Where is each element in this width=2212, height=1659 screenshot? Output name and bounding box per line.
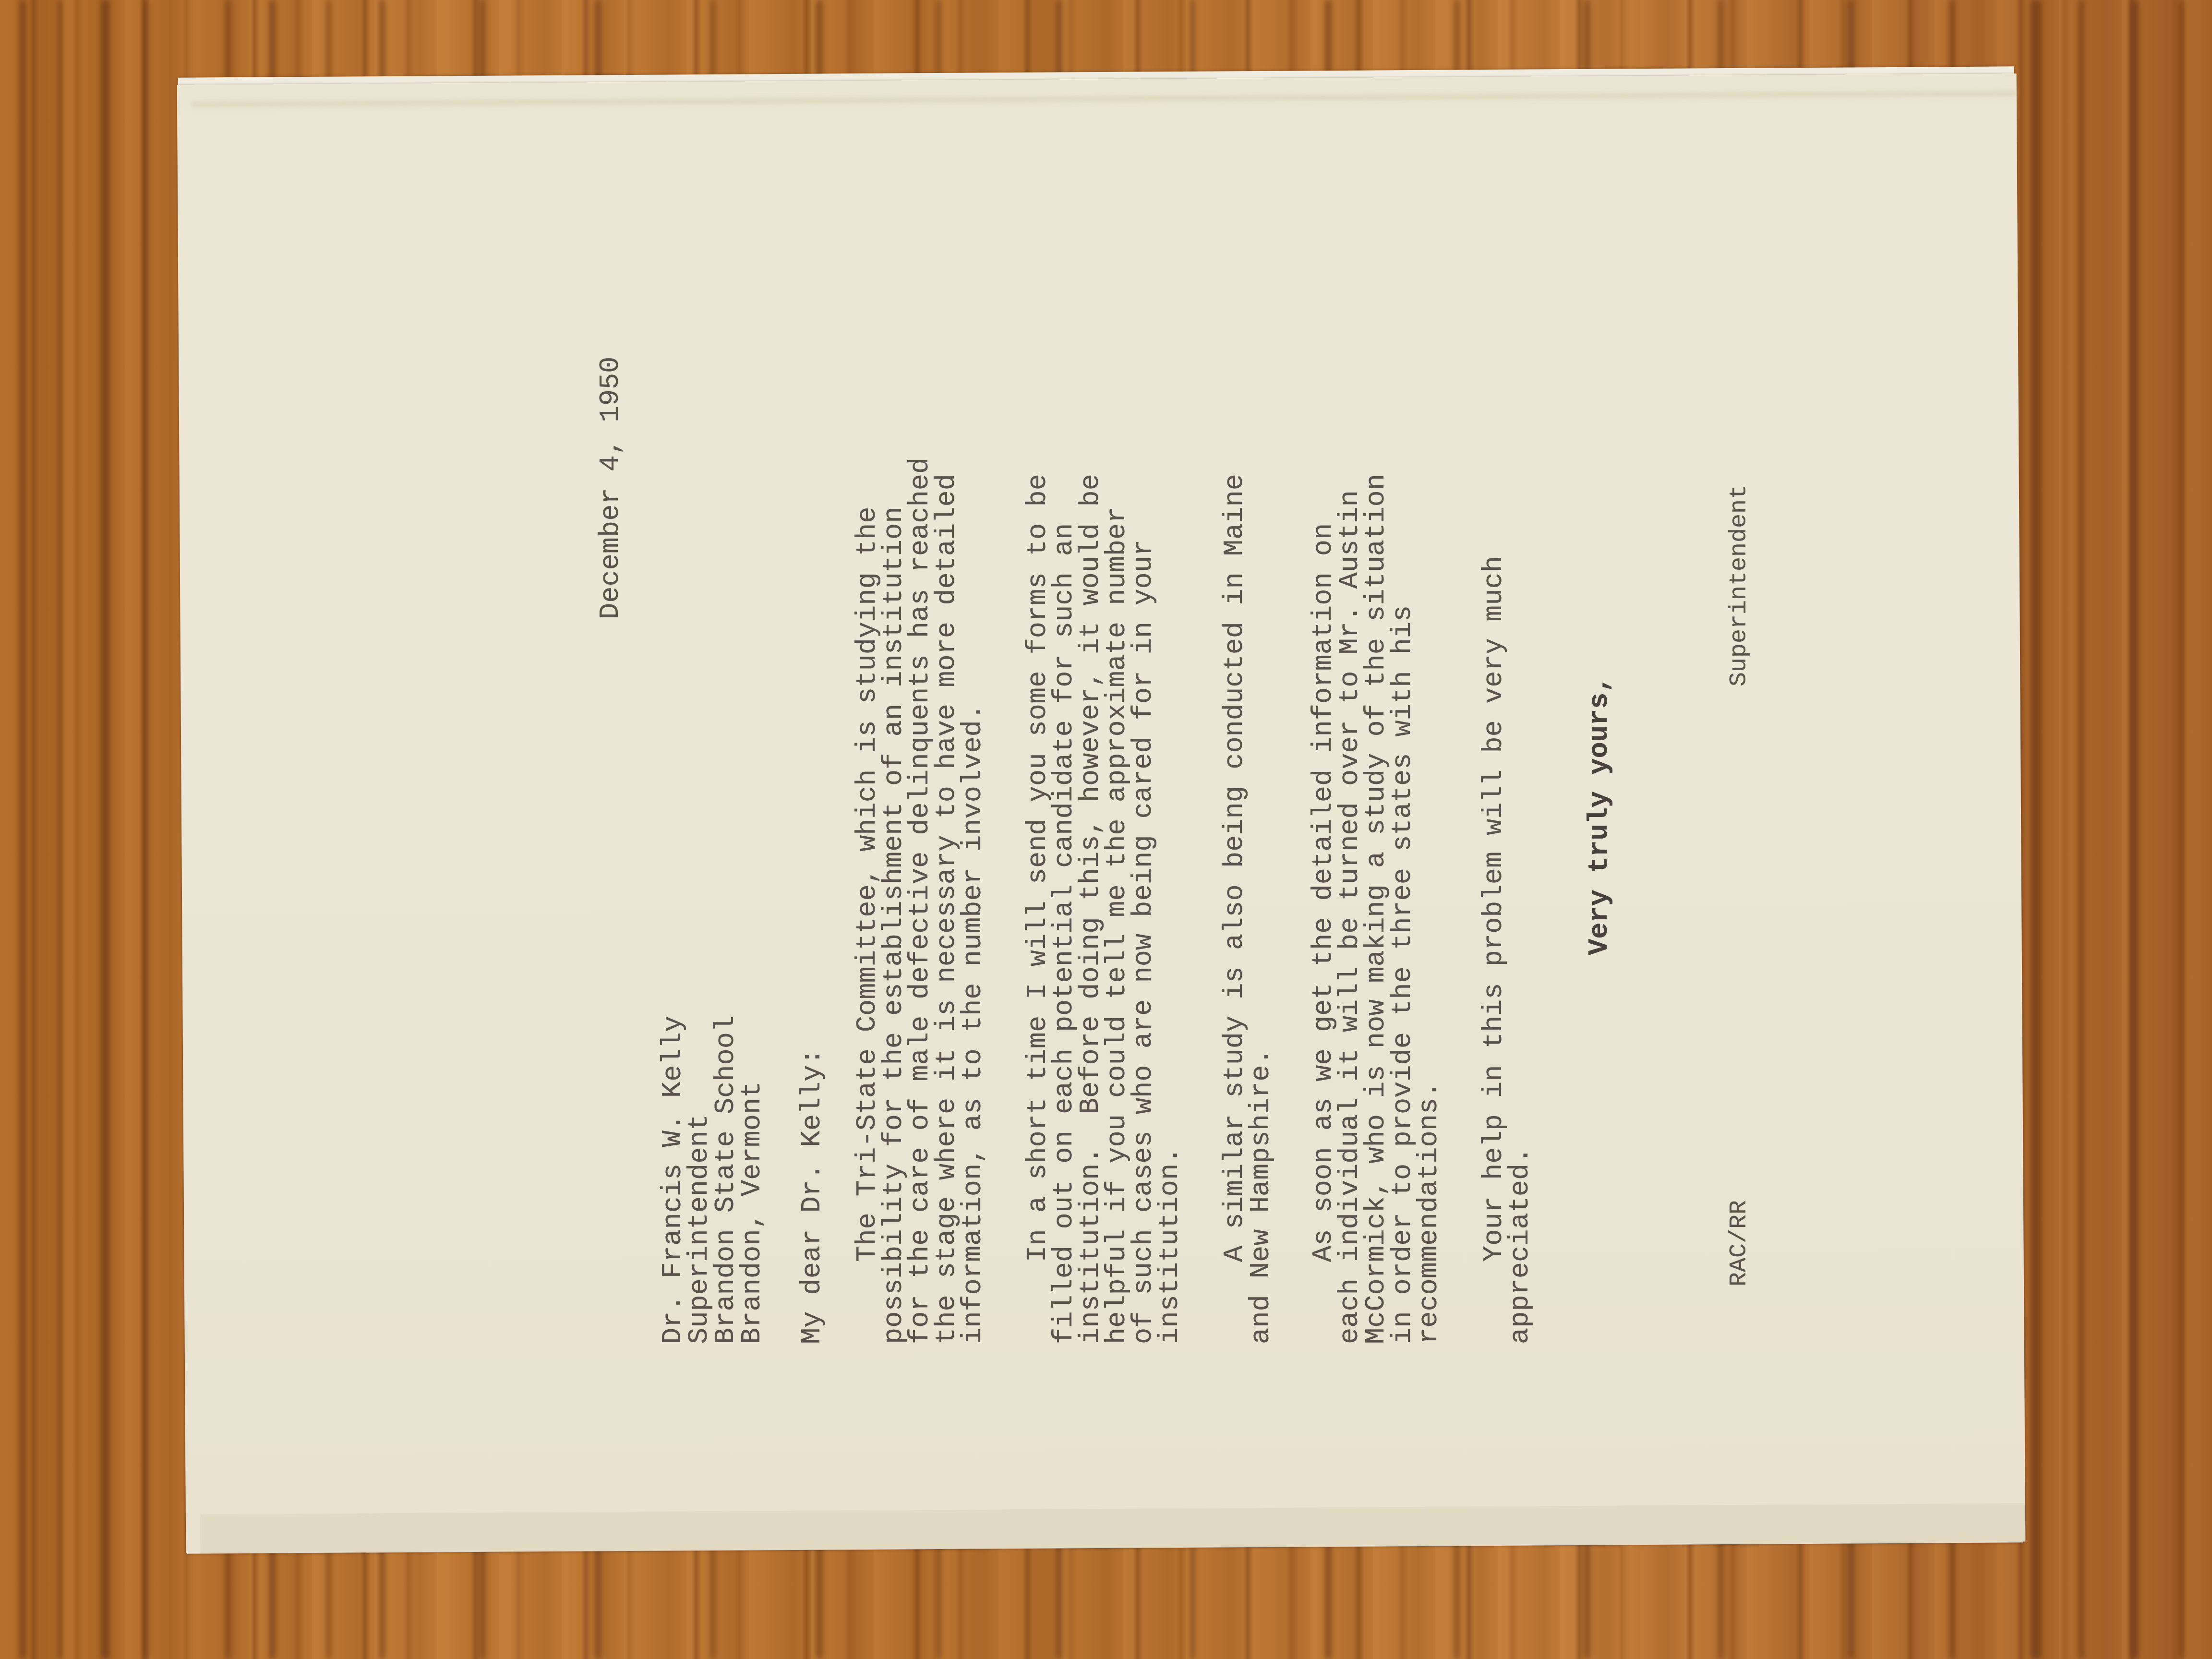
paragraph-line: appreciated. bbox=[1507, 1147, 1535, 1344]
paragraph-line: filled out on each potential candidate f… bbox=[1051, 523, 1079, 1344]
typewritten-letter: December 4, 1950 Dr. Francis W. Kelly Su… bbox=[180, 72, 2021, 1546]
paragraph-line: McCormick, who is now making a study of … bbox=[1363, 474, 1391, 1344]
recipient-name: Dr. Francis W. Kelly bbox=[660, 1016, 687, 1344]
signature-title: Superintendent bbox=[1726, 485, 1753, 686]
salutation: My dear Dr. Kelly: bbox=[799, 1048, 827, 1344]
paragraph-line: The Tri-State Committee, which is studyi… bbox=[854, 507, 882, 1344]
recipient-location: Brandon, Vermont bbox=[739, 1082, 767, 1344]
paragraph-line: As soon as we get the detailed informati… bbox=[1310, 523, 1338, 1344]
recipient-title: Superintendent bbox=[686, 1114, 714, 1344]
paragraph-line: institution. Before doing this, however,… bbox=[1078, 474, 1105, 1344]
paragraph-line: of such cases who are now being cared fo… bbox=[1130, 540, 1158, 1344]
paragraph-line: institution. bbox=[1157, 1147, 1184, 1344]
paragraph-line: In a short time I will send you some for… bbox=[1025, 474, 1052, 1344]
paragraph-line: for the care of male defective delinquen… bbox=[907, 457, 935, 1344]
paragraph-line: and New Hampshire. bbox=[1248, 1048, 1275, 1344]
paragraph-line: A similar study is also being conducted … bbox=[1222, 474, 1249, 1344]
recipient-institution: Brandon State School bbox=[713, 1016, 740, 1344]
paragraph-line: recommendations. bbox=[1416, 1082, 1443, 1344]
paragraph-line: Your help in this problem will be very m… bbox=[1481, 556, 1508, 1344]
letter-date: December 4, 1950 bbox=[598, 357, 625, 619]
paragraph-line: the stage where it is necessary to have … bbox=[934, 474, 961, 1344]
paragraph-line: each individual it will be turned over t… bbox=[1337, 490, 1364, 1344]
reference-initials: RAC/RR bbox=[1726, 1200, 1753, 1286]
paragraph-line: possibility for the establishment of an … bbox=[881, 507, 908, 1344]
paragraph-line: information, as to the number involved. bbox=[960, 704, 987, 1344]
paragraph-line: in order to provide the three states wit… bbox=[1390, 605, 1417, 1344]
closing: Very truly yours, bbox=[1587, 676, 1614, 956]
paragraph-line: helpful if you could tell me the approxi… bbox=[1104, 507, 1131, 1344]
